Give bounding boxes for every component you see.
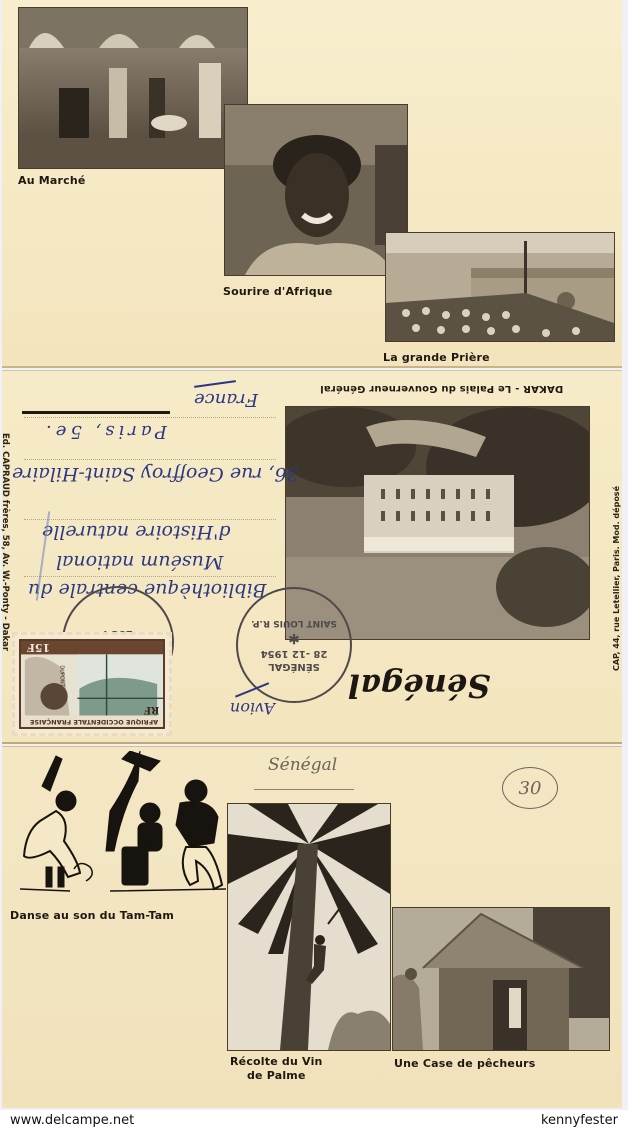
caption-fishermen-hut: Une Case de pêcheurs xyxy=(394,1057,536,1070)
caption-palm-wine-line1: Récolte du Vin xyxy=(230,1055,323,1068)
postmark-star-icon: ✱ xyxy=(288,630,300,646)
photo-fishermen-hut xyxy=(392,907,610,1051)
photo-palm-wine xyxy=(227,803,391,1051)
address-divider-bar xyxy=(22,411,170,414)
photo-smile-of-africa xyxy=(224,104,408,276)
postmark-country: SÉNÉGAL xyxy=(268,661,320,672)
publisher-credit: Ed. CAPRAUD frères, 58, Av. W.-Ponty - D… xyxy=(0,433,10,651)
card-panel-bottom: Sénégal 30 xyxy=(2,746,622,1108)
stamp-country: AFRIQUE OCCIDENTALE FRANÇAISE xyxy=(23,718,165,726)
address-line-museum-2: d'Histoire naturelle xyxy=(42,521,230,543)
address-street: 36, rue Geoffroy Saint-Hilaire xyxy=(12,463,299,485)
address-line-museum-1: Muséum national xyxy=(56,551,223,573)
caption-tam-tam-dance: Danse au son du Tam-Tam xyxy=(10,909,174,922)
stamp-rf-mark: RF xyxy=(144,704,159,715)
pencil-number-badge: 30 xyxy=(502,767,558,809)
caption-palm-wine: Récolte du Vin de Palme xyxy=(230,1055,323,1083)
pencil-note: Sénégal xyxy=(268,755,337,775)
illustration-tam-tam xyxy=(10,751,226,901)
caption-great-prayer: La grande Prière xyxy=(383,351,490,364)
card-title: Sénégal xyxy=(348,667,490,705)
photo-great-prayer xyxy=(385,232,615,342)
footer-bar: www.delcampe.net kennyfester xyxy=(0,1110,628,1131)
caption-governor-palace: DAKAR - Le Palais du Gouverneur Général xyxy=(320,383,563,394)
address-line-rule xyxy=(24,459,276,460)
printer-credit: CAP, 44, rue Letellier, Paris. Mod. dépo… xyxy=(612,486,621,671)
postmark-date: 28 -12 1954 xyxy=(261,648,328,659)
postage-stamp: AFRIQUE OCCIDENTALE FRANÇAISE 15F RF DUP… xyxy=(12,632,172,736)
caption-market: Au Marché xyxy=(18,174,86,187)
card-panel-top: Au Marché Sourire d'Afrique La g xyxy=(2,0,622,368)
card-panel-address: DAKAR - Le Palais du Gouverneur Général … xyxy=(2,370,622,744)
footer-seller-name[interactable]: kennyfester xyxy=(541,1113,618,1128)
address-line-rule xyxy=(24,417,276,418)
airmail-rule xyxy=(194,380,236,387)
pencil-underline xyxy=(254,789,354,790)
footer-site-link[interactable]: www.delcampe.net xyxy=(10,1113,134,1128)
postmark-town: SAINT LOUIS R.P. xyxy=(251,618,337,628)
caption-smile-of-africa: Sourire d'Afrique xyxy=(223,285,333,298)
address-line-rule xyxy=(24,576,276,577)
photo-market xyxy=(18,7,248,169)
address-country: France xyxy=(194,389,258,410)
stamp-designer: DUPONT xyxy=(59,665,65,686)
postmark-saint-louis: SÉNÉGAL 28 -12 1954 ✱ SAINT LOUIS R.P. xyxy=(236,587,352,703)
pencil-number: 30 xyxy=(519,778,542,799)
caption-palm-wine-line2: de Palme xyxy=(247,1069,306,1082)
airmail-note: Avion xyxy=(230,699,275,718)
stamp-value: 15F xyxy=(27,641,50,654)
address-line-rule xyxy=(24,519,276,520)
address-city: Paris, 5e. xyxy=(42,421,167,442)
